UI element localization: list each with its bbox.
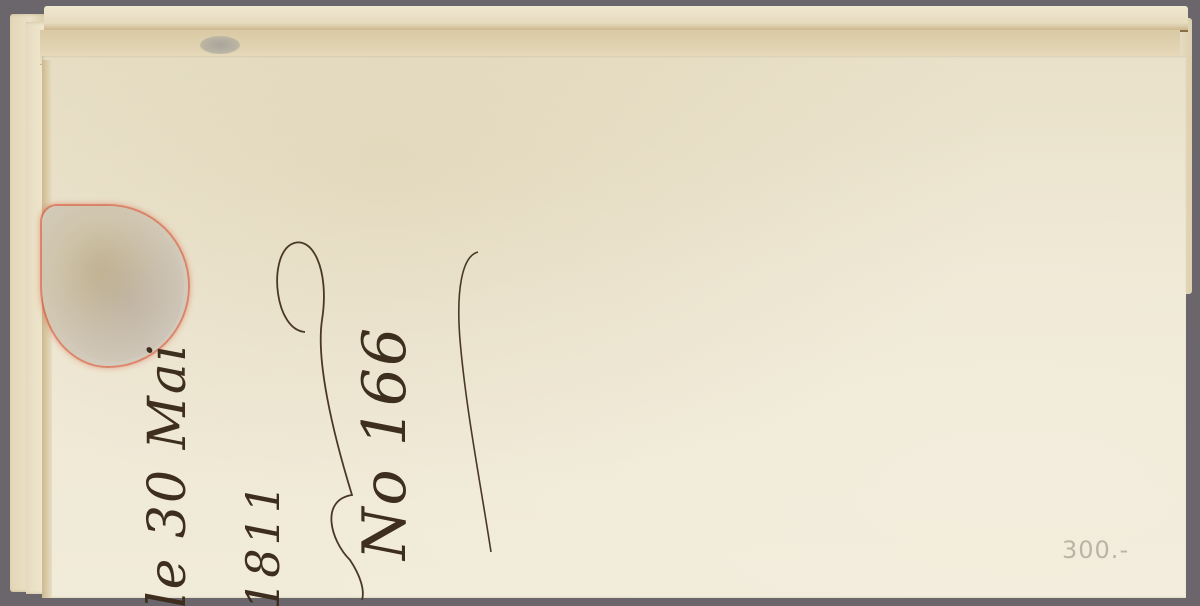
handwritten-docket-number: No 166 [350,326,420,560]
handwritten-date: le 30 Mai [138,342,198,606]
handwritten-year: 1811 [236,481,290,606]
inner-fold-edge [42,60,52,598]
folded-letter: le 30 Mai 1811 No 166 300.- [0,0,1200,606]
stain-mark [200,36,240,54]
letter-face [42,56,1186,598]
pencil-price-note: 300.- [1062,536,1129,564]
top-folded-edge [44,6,1188,32]
